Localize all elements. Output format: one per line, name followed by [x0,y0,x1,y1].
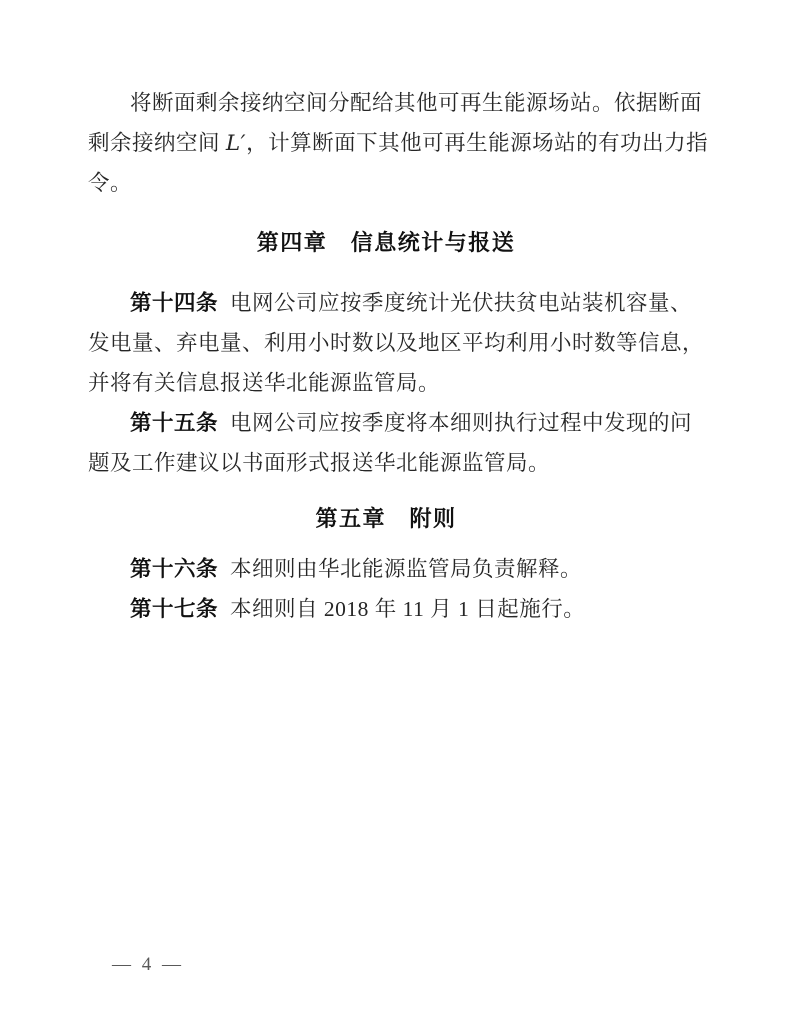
article-14-label: 第十四条 [130,291,218,315]
formula-variable: L′ [226,131,246,156]
paragraph-intro: 将断面剩余接纳空间分配给其他可再生能源场站。依据断面 剩余接纳空间 L′，计算断… [88,83,684,203]
paragraph-line: 发电量、弃电量、利用小时数以及地区平均利用小时数等信息， [88,323,684,363]
document-page: 将断面剩余接纳空间分配给其他可再生能源场站。依据断面 剩余接纳空间 L′，计算断… [0,0,800,1034]
article-15-text: 电网公司应按季度将本细则执行过程中发现的问 [230,411,692,435]
paragraph-line: 第十五条电网公司应按季度将本细则执行过程中发现的问 [88,403,684,443]
page-number: — 4 — [112,950,184,980]
document-content: 将断面剩余接纳空间分配给其他可再生能源场站。依据断面 剩余接纳空间 L′，计算断… [88,83,684,629]
intro-line2-post: ，计算断面下其他可再生能源场站的有功出力指 [246,131,708,155]
paragraph-line: 并将有关信息报送华北能源监管局。 [88,363,684,403]
intro-line2-pre: 剩余接纳空间 [88,131,226,155]
article-16-text: 本细则由华北能源监管局负责解释。 [230,557,582,581]
paragraph-article-17: 第十七条本细则自 2018 年 11 月 1 日起施行。 [88,589,684,629]
paragraph-line: 题及工作建议以书面形式报送华北能源监管局。 [88,443,684,483]
article-16-label: 第十六条 [130,557,218,581]
paragraph-line: 剩余接纳空间 L′，计算断面下其他可再生能源场站的有功出力指 [88,123,684,163]
paragraph-line: 将断面剩余接纳空间分配给其他可再生能源场站。依据断面 [88,83,684,123]
paragraph-line: 第十六条本细则由华北能源监管局负责解释。 [88,549,684,589]
paragraph-article-16: 第十六条本细则由华北能源监管局负责解释。 [88,549,684,589]
paragraph-line: 第十七条本细则自 2018 年 11 月 1 日起施行。 [88,589,684,629]
paragraph-article-14: 第十四条电网公司应按季度统计光伏扶贫电站装机容量、 发电量、弃电量、利用小时数以… [88,283,684,403]
paragraph-article-15: 第十五条电网公司应按季度将本细则执行过程中发现的问 题及工作建议以书面形式报送华… [88,403,684,483]
article-15-label: 第十五条 [130,411,218,435]
chapter-heading-4: 第四章 信息统计与报送 [88,223,684,263]
article-17-text: 本细则自 2018 年 11 月 1 日起施行。 [230,597,585,621]
article-17-label: 第十七条 [130,597,218,621]
paragraph-line: 令。 [88,163,684,203]
chapter-heading-5: 第五章 附则 [88,499,684,539]
paragraph-line: 第十四条电网公司应按季度统计光伏扶贫电站装机容量、 [88,283,684,323]
article-14-text: 电网公司应按季度统计光伏扶贫电站装机容量、 [230,291,692,315]
